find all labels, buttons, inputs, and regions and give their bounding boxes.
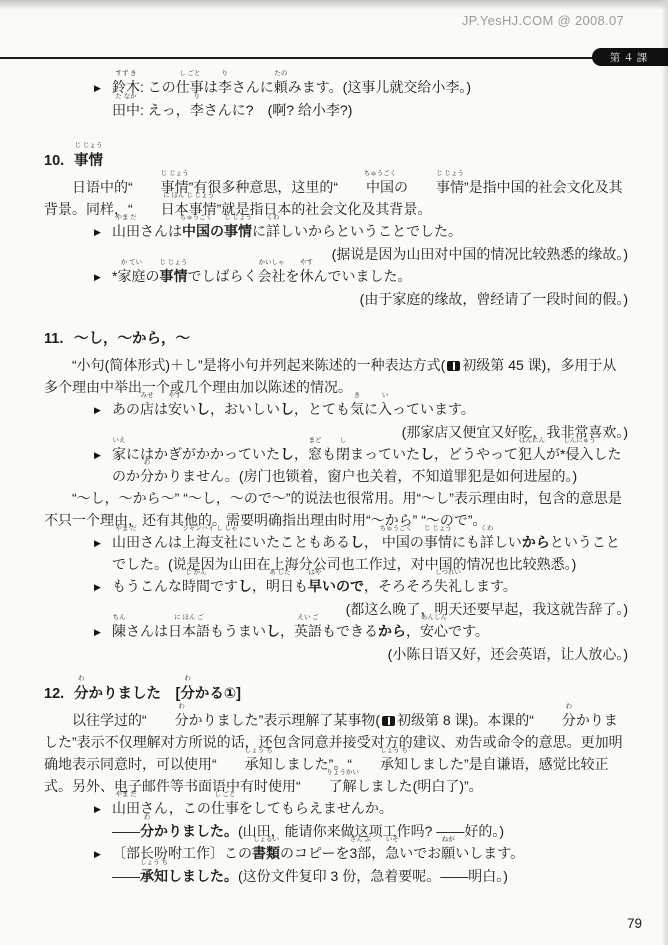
furigana: わ	[184, 676, 191, 683]
text-segment: し	[420, 446, 434, 462]
furigana: し	[340, 438, 347, 445]
furigana: しょう ち	[352, 748, 408, 755]
text-segment: ～し，～から，～	[74, 331, 190, 347]
ruby-segment: 事情じ じょう	[159, 265, 187, 287]
furigana: わ	[538, 704, 573, 711]
text-segment: さんに? (啊? 给小李?)	[204, 102, 353, 118]
furigana: まど	[309, 438, 322, 445]
text-segment: (小陈日语又好，还会英语，让人放心。)	[388, 646, 628, 662]
triangle-marker: ▶	[94, 398, 112, 421]
text-segment: もできる	[322, 623, 378, 639]
text-segment: んでいました。	[313, 268, 411, 284]
text-segment: にも	[452, 534, 480, 550]
section-heading: 10.事情じ じょう	[44, 145, 630, 174]
paragraph: 以往学过的“分わかりました”表示理解了某事物(初级第 8 课)。本课的“分わかり…	[44, 709, 630, 797]
text-segment: (据说是因为山田对中国的情况比较熟悉的缘故。)	[332, 246, 628, 262]
furigana: あんしん	[421, 615, 447, 622]
text-segment: ——	[112, 823, 140, 839]
example-line: ▶もうこんな時間じ かんですし，明日あ したも早はやいので，そろそろ失礼しつれい…	[94, 575, 630, 598]
text-segment: (这份文件复印 3 份，急着要呢。——明白。)	[238, 868, 508, 884]
triangle-marker: ▶	[94, 76, 112, 99]
ruby-segment: 了解りょうかい	[301, 775, 357, 797]
text-segment: のコピーを	[280, 845, 349, 861]
furigana: わ	[150, 704, 185, 711]
section-12: 12.分わかりました [分わかる①]以往学过的“分わかりました”表示理解了某事物…	[44, 678, 630, 887]
triangle-marker: ▶	[94, 531, 112, 575]
ruby-segment: 山田やま だ	[112, 531, 140, 553]
furigana: えい ご	[297, 615, 318, 622]
text-segment: は	[154, 401, 168, 417]
furigana: いえ	[113, 438, 126, 445]
text-segment: ，	[294, 446, 308, 462]
furigana: はんにん	[519, 438, 545, 445]
translation-line: (由于家庭的缘故，曾经请了一段时间的假。)	[44, 288, 630, 310]
text-segment: ，	[406, 623, 420, 639]
furigana: じ じょう	[224, 215, 252, 222]
ruby-segment: 気き	[350, 398, 364, 420]
text-segment: いでお	[399, 845, 441, 861]
furigana: じ じょう	[133, 171, 189, 178]
furigana: い	[382, 393, 389, 400]
ruby-segment: 侵入しんにゅう	[565, 443, 593, 465]
text-segment: ，おいしい	[210, 401, 280, 417]
ruby-segment: 詳くわ	[266, 220, 280, 242]
furigana: き	[354, 393, 361, 400]
text-segment: です。	[448, 623, 489, 639]
triangle-marker: ▶	[94, 842, 112, 865]
furigana: やま だ	[115, 792, 136, 799]
ruby-segment: 入い	[378, 398, 392, 420]
ruby-segment: 安やす	[168, 398, 182, 420]
text-segment: し	[196, 401, 210, 417]
text-segment: さんは	[140, 534, 182, 550]
lesson-tab: 第４課	[592, 48, 668, 66]
text-segment: から	[378, 623, 406, 639]
text-segment: “小句(简体形式)＋し”是将小句并列起来陈述的一种表达方式(	[72, 357, 445, 373]
ruby-segment: 分わ	[74, 681, 89, 707]
ruby-segment: 詳くわ	[480, 531, 494, 553]
ruby-segment: 家庭か てい	[117, 265, 145, 287]
text-segment: します。	[462, 578, 517, 594]
ruby-segment: 失礼しつれい	[434, 575, 462, 597]
ruby-segment: 会社かいしゃ	[257, 265, 285, 287]
ruby-segment: 閉し	[336, 443, 350, 465]
ruby-segment: 急いそ	[385, 842, 399, 864]
text-segment: ，	[252, 578, 266, 594]
furigana: はや	[309, 570, 322, 577]
example-line: ▶家いえにはかぎがかかっていたし，窓まども閉しまっていたし，どうやって犯人はんに…	[94, 443, 630, 487]
furigana: やす	[300, 260, 313, 267]
ruby-segment: 承知しょう ち	[352, 753, 408, 775]
ruby-segment: 分わ	[140, 465, 154, 487]
text-segment: も	[294, 578, 308, 594]
example-line: ▶山田やま ださん，この仕事し ごとをしてもらえませんか。	[94, 797, 630, 820]
text-segment: さんに	[232, 79, 274, 95]
furigana: しんにゅう	[563, 438, 595, 445]
text-segment: ，とても	[294, 401, 350, 417]
example-text: 鈴木すず き: この仕事し ごとは李りさんに頼たのみます。(这事儿就交给小李。)	[112, 76, 630, 99]
example-line: ▶〔部长吩咐工作〕この書類しょるいのコピーを3部さん ぶ，急いそいでお願ねがいし…	[94, 842, 630, 865]
section-number: 11.	[44, 326, 74, 352]
ruby-segment: 上海支社シャンハイ し しゃ	[182, 531, 238, 553]
furigana: しょう ち	[140, 860, 168, 867]
text-segment: もうまい	[210, 623, 266, 639]
ruby-segment: 中国ちゅうごく	[182, 220, 210, 242]
furigana: じ じょう	[408, 171, 464, 178]
paragraph: “小句(简体形式)＋し”是将小句并列起来陈述的一种表达方式(初级第 45 课)，…	[44, 354, 630, 398]
text-segment: まっていた	[350, 446, 420, 462]
text-segment: し	[350, 534, 364, 550]
text-segment: の	[394, 179, 408, 195]
furigana: じ じょう	[160, 260, 188, 267]
example-line: 田中た なか: えっ，李りさんに? (啊? 给小李?)	[94, 99, 630, 121]
text-segment: 初级第 8 课)。本课的“	[397, 712, 534, 728]
text-segment: かりました [	[89, 686, 181, 702]
text-segment: でしばらく	[187, 268, 257, 284]
furigana: じ じょう	[424, 526, 452, 533]
furigana: か てい	[121, 260, 142, 267]
furigana: り	[222, 71, 229, 78]
text-segment: に	[252, 223, 266, 239]
text-segment: し	[266, 623, 280, 639]
furigana: シャンハイ し しゃ	[182, 526, 237, 533]
furigana: じ じょう	[75, 143, 103, 150]
text-segment: が*	[546, 446, 565, 462]
furigana: しょう ち	[217, 748, 273, 755]
furigana: に ほん じ じょう	[135, 193, 214, 200]
text-segment: みます。(这事儿就交给小李。)	[288, 79, 471, 95]
text-segment: (由于家庭的缘故，曾经请了一段时间的假。)	[360, 291, 628, 307]
book-icon	[382, 716, 395, 726]
text-segment: しい	[494, 534, 522, 550]
furigana: ちゅうごく	[336, 171, 397, 178]
text-segment: の	[145, 268, 159, 284]
example-text: もうこんな時間じ かんですし，明日あ したも早はやいので，そろそろ失礼しつれいし…	[112, 575, 630, 598]
furigana: し ごと	[214, 792, 235, 799]
furigana: かいしゃ	[258, 260, 284, 267]
furigana: あ した	[269, 570, 290, 577]
text-segment: さんは	[126, 623, 168, 639]
furigana: じ かん	[185, 570, 206, 577]
ruby-segment: 窓まど	[308, 443, 322, 465]
page-content: ▶鈴木すず き: この仕事し ごとは李りさんに頼たのみます。(这事儿就交给小李。…	[44, 76, 630, 887]
section-number: 10.	[44, 148, 74, 174]
ruby-segment: 中国ちゅうごく	[338, 176, 394, 198]
section-number: 12.	[44, 681, 74, 707]
ruby-segment: 3部さん ぶ	[349, 842, 371, 864]
text-segment: : この	[140, 79, 176, 95]
ruby-segment: 書類しょるい	[252, 842, 280, 864]
furigana: しつれい	[435, 570, 461, 577]
example-line: ▶山田やま ださんは上海支社シャンハイ し しゃにいたこともあるし， 中国ちゅう…	[94, 531, 630, 575]
ruby-segment: 願ねが	[441, 842, 455, 864]
watermark: JP.YesHJ.COM @ 2008.07	[462, 13, 624, 28]
triangle-marker: ▶	[94, 220, 112, 243]
furigana: ねが	[442, 837, 455, 844]
example-text: 山田やま ださんは中国ちゅうごくの事情じ じょうに詳くわしいからということでした…	[112, 220, 630, 243]
furigana: すず き	[115, 71, 136, 78]
text-segment: し	[280, 446, 294, 462]
furigana: いそ	[386, 837, 399, 844]
ruby-segment: 李り	[190, 99, 204, 121]
dialogue-block: ▶鈴木すず き: この仕事し ごとは李りさんに頼たのみます。(这事儿就交给小李。…	[44, 76, 630, 121]
text-segment: 〔部长吩咐工作〕この	[112, 845, 252, 861]
ruby-segment: 時間じ かん	[182, 575, 210, 597]
translation-line: (小陈日语又好，还会英语，让人放心。)	[44, 643, 630, 665]
text-segment: あの	[112, 401, 140, 417]
scan-right-edge	[661, 0, 668, 945]
section-10: 10.事情じ じょう日语中的“事情じ じょう”有很多种意思，这里的“中国ちゅうご…	[44, 145, 630, 310]
header-rule	[0, 57, 608, 59]
ruby-segment: 承知しょう ち	[217, 753, 273, 775]
ruby-segment: 陳ちん	[112, 620, 126, 642]
example-line: ▶鈴木すず き: この仕事し ごとは李りさんに頼たのみます。(这事儿就交给小李。…	[94, 76, 630, 99]
furigana: わ	[144, 815, 151, 822]
page-number: 79	[627, 916, 642, 931]
section-title: ～し，～から，～	[74, 326, 190, 352]
text-segment: 以往学过的“	[72, 712, 147, 728]
example-text: 陳ちんさんは日本語に ほん ごもうまいし，英語えい ごもできるから，安心あんしん…	[112, 620, 630, 643]
furigana: くわ	[267, 215, 280, 222]
ruby-segment: 事情じ じょう	[224, 220, 252, 242]
example-text: 山田やま ださん，この仕事し ごとをしてもらえませんか。	[112, 797, 630, 820]
example-text: 〔部长吩咐工作〕この書類しょるいのコピーを3部さん ぶ，急いそいでお願ねがいしま…	[112, 842, 630, 865]
example-line: ▶あの店みせは安やすいし，おいしいし，とても気きに入いっています。	[94, 398, 630, 421]
triangle-marker: ▶	[94, 797, 112, 820]
text-segment: し	[238, 578, 252, 594]
ruby-segment: 分わ	[534, 709, 576, 731]
text-segment: に	[364, 401, 378, 417]
ruby-segment: 事情じ じょう	[424, 531, 452, 553]
example-text: あの店みせは安やすいし，おいしいし，とても気きに入いっています。	[112, 398, 630, 421]
scan-top-edge	[0, 0, 668, 10]
ruby-segment: 山田やま だ	[112, 220, 140, 242]
ruby-segment: 仕事し ごと	[211, 797, 239, 819]
furigana: た なか	[115, 94, 136, 101]
furigana: りょうかい	[298, 770, 359, 777]
text-segment: ，そろそろ	[364, 578, 434, 594]
furigana: し ごと	[179, 71, 200, 78]
text-segment: し	[280, 401, 294, 417]
text-segment: (都这么晚了，明天还要早起，我这就告辞了。)	[346, 601, 628, 617]
text-segment: いします。	[455, 845, 524, 861]
furigana: しょるい	[253, 837, 279, 844]
text-segment: の	[210, 223, 224, 239]
section-heading: 12.分わかりました [分わかる①]	[44, 678, 630, 707]
text-segment: ，	[364, 534, 382, 550]
ruby-segment: 分わ	[140, 820, 154, 842]
text-segment: の	[410, 534, 424, 550]
triangle-marker: ▶	[94, 620, 112, 643]
text-segment: “～し，～から～” “～し，～ので～”的说法也很常用。用“～し”表示理由时，包含…	[44, 490, 622, 528]
ruby-segment: 頼たの	[274, 76, 288, 98]
text-segment: い	[182, 401, 196, 417]
example-line: ▶陳ちんさんは日本語に ほん ごもうまいし，英語えい ごもできるから，安心あんし…	[94, 620, 630, 643]
text-segment: から	[522, 534, 550, 550]
ruby-segment: 事情じ じょう	[74, 148, 103, 174]
example-text: *家庭か ていの事情じ じょうでしばらく会社かいしゃを休やすんでいました。	[112, 265, 630, 288]
text-segment: にいたこともある	[238, 534, 350, 550]
triangle-marker: ▶	[94, 265, 112, 288]
text-segment: いので	[322, 578, 364, 594]
ruby-segment: 日本語に ほん ご	[168, 620, 210, 642]
text-segment: しました。	[168, 868, 238, 884]
ruby-segment: 犯人はんにん	[518, 443, 546, 465]
text-segment: をしてもらえませんか。	[239, 800, 393, 816]
furigana: ちゅうごく	[180, 215, 213, 222]
section-11: 11.～し，～から，～“小句(简体形式)＋し”是将小句并列起来陈述的一种表达方式…	[44, 323, 630, 665]
furigana: みせ	[141, 393, 154, 400]
ruby-segment: 事情じ じょう	[408, 176, 464, 198]
ruby-segment: 田中た なか	[112, 99, 140, 121]
section-title: 事情じ じょう	[74, 148, 103, 174]
furigana: やす	[169, 393, 182, 400]
ruby-segment: 承知しょう ち	[140, 865, 168, 887]
text-segment: しいからということでした。	[280, 223, 462, 239]
furigana: ちん	[113, 615, 126, 622]
furigana: わ	[78, 676, 85, 683]
furigana: さん ぶ	[350, 837, 371, 844]
ruby-segment: 明日あ した	[266, 575, 294, 597]
ruby-segment: 休やす	[299, 265, 313, 287]
text-segment: ，	[371, 845, 385, 861]
translation-line: (都这么晚了，明天还要早起，我这就告辞了。)	[44, 598, 630, 620]
text-segment: ，	[280, 623, 294, 639]
text-segment: かりません。(房门也锁着，窗户也关着，不知道罪犯是如何进屋的。)	[154, 468, 577, 484]
book-icon	[447, 361, 460, 371]
text-segment: を	[285, 268, 299, 284]
text-segment: は	[204, 79, 218, 95]
text-segment: : えっ，	[140, 102, 190, 118]
text-segment: 日语中的“	[72, 179, 133, 195]
furigana: わ	[144, 460, 151, 467]
ruby-segment: 安心あんしん	[420, 620, 448, 642]
section-heading: 11.～し，～から，～	[44, 323, 630, 352]
ruby-segment: 家いえ	[112, 443, 126, 465]
text-segment: さんは	[140, 223, 182, 239]
furigana: やま だ	[115, 215, 136, 222]
text-segment: しました(明白了)”。	[357, 778, 483, 794]
text-segment: もうこんな	[112, 578, 182, 594]
triangle-marker: ▶	[94, 443, 112, 487]
reply-line: ——分わかりました。(山田，能请你来做这项工作吗? ——好的。)	[112, 820, 630, 842]
text-segment: かる①]	[195, 686, 241, 702]
ruby-segment: 中国ちゅうごく	[382, 531, 410, 553]
furigana: くわ	[480, 526, 493, 533]
furigana: ちゅうごく	[380, 526, 413, 533]
lesson-tab-label: 第４課	[610, 50, 651, 65]
ruby-segment: 李り	[218, 76, 232, 98]
example-line: ▶山田やま ださんは中国ちゅうごくの事情じ じょうに詳くわしいからということでし…	[94, 220, 630, 243]
text-segment: です	[210, 578, 238, 594]
text-segment: ，どうやって	[434, 446, 518, 462]
text-segment: かりました。	[154, 823, 238, 839]
ruby-segment: 分わ	[147, 709, 189, 731]
furigana: り	[194, 94, 201, 101]
ruby-segment: 英語えい ご	[294, 620, 322, 642]
example-text: 田中た なか: えっ，李りさんに? (啊? 给小李?)	[112, 99, 630, 121]
marker-spacer	[94, 99, 112, 121]
text-segment: かりました”表示理解了某事物(	[189, 712, 380, 728]
ruby-segment: 山田やま だ	[112, 797, 140, 819]
reply-line: ——承知しょう ちしました。(这份文件复印 3 份，急着要呢。——明白。)	[112, 865, 630, 887]
ruby-segment: 店みせ	[140, 398, 154, 420]
example-line: ▶*家庭か ていの事情じ じょうでしばらく会社かいしゃを休やすんでいました。	[94, 265, 630, 288]
furigana: やま だ	[115, 526, 136, 533]
text-segment: っています。	[392, 401, 475, 417]
text-segment: ——	[112, 868, 140, 884]
example-text: 家いえにはかぎがかかっていたし，窓まども閉しまっていたし，どうやって犯人はんにん…	[112, 443, 630, 487]
furigana: たの	[274, 71, 287, 78]
furigana: に ほん ご	[174, 615, 204, 622]
ruby-segment: 早はや	[308, 575, 322, 597]
triangle-marker: ▶	[94, 575, 112, 598]
text-segment: も	[322, 446, 336, 462]
scanned-textbook-page: JP.YesHJ.COM @ 2008.07 第４課 ▶鈴木すず き: この仕事…	[0, 0, 668, 945]
